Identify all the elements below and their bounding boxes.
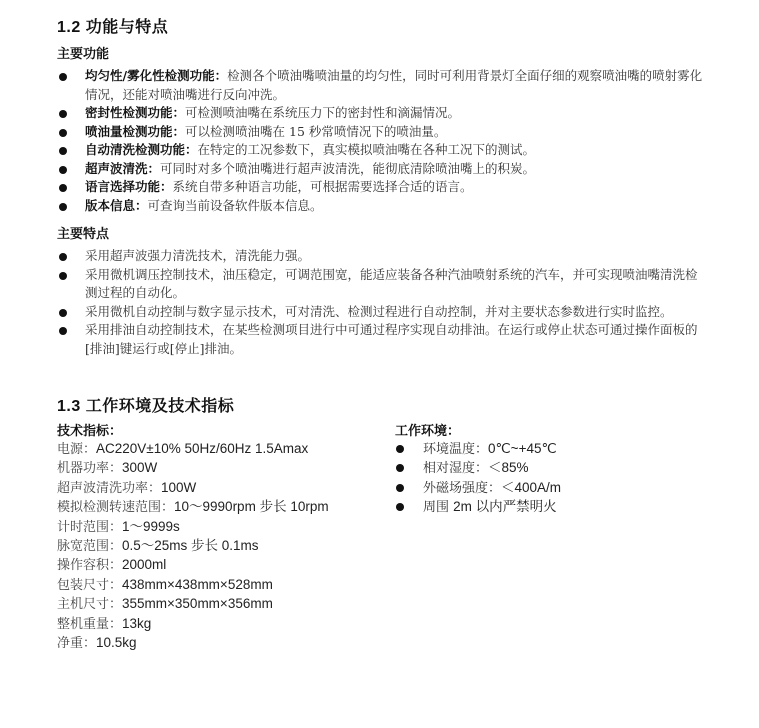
spec-key: 电源： [57,442,96,457]
spec-value: 0.5～25ms 步长 0.1ms [122,538,259,553]
function-label: 均匀性/雾化性检测功能 [85,68,215,83]
feature-text: 采用超声波强力清洗技术，清洗能力强。 [85,248,310,263]
bullet-icon [396,484,404,492]
tech-specs-heading: 技术指标： [57,420,122,439]
work-env-heading: 工作环境： [395,420,460,439]
function-label: 超声波清洗 [85,161,148,176]
list-item: 超声波清洗：可同时对多个喷油嘴进行超声波清洗，能彻底清除喷油嘴上的积炭。 [57,160,707,179]
spec-key: 超声波清洗功率： [57,481,161,496]
feature-text: 采用排油自动控制技术，在某些检测项目进行中可通过程序实现自动排油。在运行或停止状… [85,322,698,356]
feature-text: 采用微机调压控制技术，油压稳定，可调范围宽，能适应装备各种汽油喷射系统的汽车，并… [85,267,698,301]
spec-key: 计时范围： [57,520,122,535]
list-item: 喷油量检测功能：可以检测喷油嘴在 15 秒常喷情况下的喷油量。 [57,123,707,142]
spec-value: 438mm×438mm×528mm [122,577,273,592]
function-label: 版本信息 [85,198,135,213]
spec-value: 2000ml [122,557,166,572]
env-row: 环境温度：0℃~+45℃ [395,440,695,459]
list-item: 采用超声波强力清洗技术，清洗能力强。 [57,247,707,266]
work-env-list: 环境温度：0℃~+45℃ 相对湿度：＜85% 外磁场强度：＜400A/m 周围 … [395,440,695,518]
list-item: 语言选择功能：系统自带多种语言功能，可根据需要选择合适的语言。 [57,178,707,197]
function-label: 语言选择功能 [85,179,160,194]
spec-value: 10.5kg [96,635,137,650]
env-row: 外磁场强度：＜400A/m [395,479,695,498]
spec-key: 机器功率： [57,461,122,476]
bullet-icon [59,203,67,211]
spec-row: 整机重量：13kg [57,615,329,634]
spec-value: 13kg [122,616,151,631]
function-description: 可查询当前设备软件版本信息。 [148,198,323,213]
bullet-icon [59,327,67,335]
spec-key: 包装尺寸： [57,578,122,593]
env-value: 2m 以内严禁明火 [453,499,557,514]
env-key: 环境温度： [423,442,488,457]
list-item: 自动清洗检测功能：在特定的工况参数下，真实模拟喷油嘴在各种工况下的测试。 [57,141,707,160]
bullet-icon [59,129,67,137]
function-description: 可以检测喷油嘴在 15 秒常喷情况下的喷油量。 [185,124,446,139]
section-title-1-2: 1.2 功能与特点 [57,14,168,37]
bullet-icon [59,166,67,174]
spec-key: 操作容积： [57,558,122,573]
tech-specs-list: 电源：AC220V±10% 50Hz/60Hz 1.5Amax 机器功率：300… [57,440,329,653]
bullet-icon [59,73,67,81]
spec-row: 电源：AC220V±10% 50Hz/60Hz 1.5Amax [57,440,329,459]
env-value: ＜85% [488,460,529,475]
bullet-icon [59,253,67,261]
spec-row: 主机尺寸：355mm×350mm×356mm [57,595,329,614]
env-value: ＜400A/m [501,480,561,495]
main-features-list: 采用超声波强力清洗技术，清洗能力强。 采用微机调压控制技术，油压稳定，可调范围宽… [57,247,707,358]
env-key: 周围 [423,500,453,515]
spec-value: 1～9999s [122,519,180,534]
spec-row: 操作容积：2000ml [57,556,329,575]
bullet-icon [59,147,67,155]
spec-row: 模拟检测转速范围：10～9990rpm 步长 10rpm [57,498,329,517]
spec-key: 脉宽范围： [57,539,122,554]
spec-row: 净重：10.5kg [57,634,329,653]
spec-value: AC220V±10% 50Hz/60Hz 1.5Amax [96,441,308,456]
function-description: 可同时对多个喷油嘴进行超声波清洗，能彻底清除喷油嘴上的积炭。 [160,161,535,176]
env-row: 周围 2m 以内严禁明火 [395,498,695,517]
function-description: 可检测喷油嘴在系统压力下的密封性和滴漏情况。 [185,105,460,120]
spec-row: 脉宽范围：0.5～25ms 步长 0.1ms [57,537,329,556]
bullet-icon [59,184,67,192]
spec-value: 355mm×350mm×356mm [122,596,273,611]
function-label: 密封性检测功能 [85,105,173,120]
bullet-icon [59,110,67,118]
env-value: 0℃~+45℃ [488,441,557,456]
list-item: 采用排油自动控制技术，在某些检测项目进行中可通过程序实现自动排油。在运行或停止状… [57,321,707,358]
bullet-icon [396,503,404,511]
spec-row: 计时范围：1～9999s [57,518,329,537]
main-functions-list: 均匀性/雾化性检测功能：检测各个喷油嘴喷油量的均匀性，同时可利用背景灯全面仔细的… [57,67,707,215]
list-item: 密封性检测功能：可检测喷油嘴在系统压力下的密封性和滴漏情况。 [57,104,707,123]
list-item: 采用微机自动控制与数字显示技术，可对清洗、检测过程进行自动控制，并对主要状态参数… [57,303,707,322]
list-item: 采用微机调压控制技术，油压稳定，可调范围宽，能适应装备各种汽油喷射系统的汽车，并… [57,266,707,303]
function-label: 自动清洗检测功能 [85,142,185,157]
spec-row: 包装尺寸：438mm×438mm×528mm [57,576,329,595]
env-row: 相对湿度：＜85% [395,459,695,478]
function-description: 在特定的工况参数下，真实模拟喷油嘴在各种工况下的测试。 [198,142,536,157]
function-label: 喷油量检测功能 [85,124,173,139]
bullet-icon [59,309,67,317]
spec-row: 机器功率：300W [57,459,329,478]
spec-row: 超声波清洗功率：100W [57,479,329,498]
env-key: 相对湿度： [423,461,488,476]
main-functions-heading: 主要功能 [57,43,109,62]
spec-key: 主机尺寸： [57,597,122,612]
feature-text: 采用微机自动控制与数字显示技术，可对清洗、检测过程进行自动控制，并对主要状态参数… [85,304,673,319]
spec-key: 净重： [57,636,96,651]
env-key: 外磁场强度： [423,481,501,496]
spec-key: 整机重量： [57,617,122,632]
spec-value: 10～9990rpm 步长 10rpm [174,499,329,514]
list-item: 版本信息：可查询当前设备软件版本信息。 [57,197,707,216]
spec-value: 300W [122,460,157,475]
spec-value: 100W [161,480,196,495]
list-item: 均匀性/雾化性检测功能：检测各个喷油嘴喷油量的均匀性，同时可利用背景灯全面仔细的… [57,67,707,104]
main-features-heading: 主要特点 [57,223,109,242]
spec-key: 模拟检测转速范围： [57,500,174,515]
bullet-icon [396,464,404,472]
section-title-1-3: 1.3 工作环境及技术指标 [57,393,234,416]
bullet-icon [396,445,404,453]
bullet-icon [59,272,67,280]
function-description: 系统自带多种语言功能，可根据需要选择合适的语言。 [173,179,473,194]
